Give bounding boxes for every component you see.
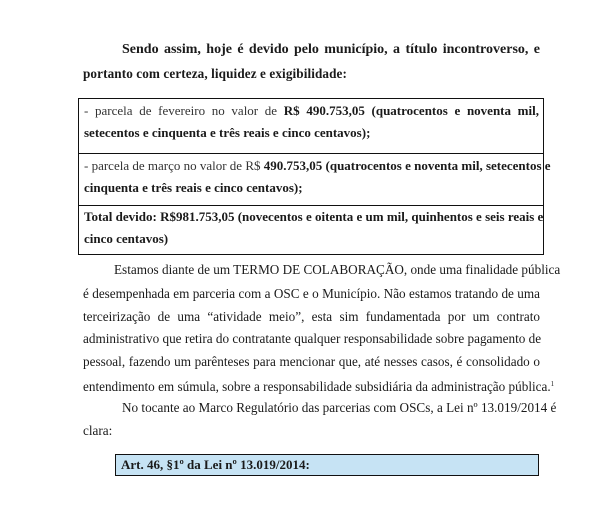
article-citation-label: Art. 46, §1º da Lei nº 13.019/2014:: [121, 457, 310, 473]
paragraph2-line: é desempenhada em parceria com a OSC e o…: [83, 286, 540, 302]
debt-row-amount: R$ 490.753,05 (quatrocentos e noventa mi…: [284, 103, 539, 118]
debt-row-february: - parcela de fevereiro no valor de R$ 49…: [79, 99, 543, 154]
article-citation-box: Art. 46, §1º da Lei nº 13.019/2014:: [115, 454, 539, 476]
debt-row-line-2: cinco centavos): [84, 231, 168, 247]
paragraph3-line-1: No tocante ao Marco Regulatório das parc…: [122, 400, 540, 416]
intro-line-2: portanto com certeza, liquidez e exigibi…: [83, 66, 347, 82]
debt-row-line: - parcela de março no valor de R$ 490.75…: [84, 158, 539, 174]
debt-row-amount: Total devido: R$981.753,05 (novecentos e…: [84, 209, 543, 224]
debt-row-line-2: cinquenta e três reais e cinco centavos)…: [84, 180, 303, 196]
paragraph2-line: administrativo que retira do contratante…: [83, 331, 540, 347]
intro-line-1: Sendo assim, hoje é devido pelo municípi…: [122, 42, 540, 58]
document-page: Sendo assim, hoje é devido pelo municípi…: [0, 0, 592, 512]
debt-row-march: - parcela de março no valor de R$ 490.75…: [79, 154, 543, 206]
paragraph2-line: pessoal, fazendo um parênteses para menc…: [83, 354, 540, 370]
debt-row-prefix: - parcela de março no valor de R$: [84, 158, 264, 173]
debt-row-total: Total devido: R$981.753,05 (novecentos e…: [79, 206, 543, 255]
paragraph3-line-2: clara:: [83, 423, 112, 439]
debt-row-prefix: - parcela de fevereiro no valor de: [84, 103, 284, 118]
paragraph2-last-line: entendimento em súmula, sobre a responsa…: [83, 376, 554, 395]
debt-row-line: Total devido: R$981.753,05 (novecentos e…: [84, 209, 539, 225]
debt-row-amount: 490.753,05 (quatrocentos e noventa mil, …: [264, 158, 551, 173]
debt-table: - parcela de fevereiro no valor de R$ 49…: [78, 98, 544, 255]
footnote-marker[interactable]: 1: [551, 380, 555, 388]
debt-row-line-2: setecentos e cinquenta e três reais e ci…: [84, 125, 370, 141]
paragraph2-line: entendimento em súmula, sobre a responsa…: [83, 379, 551, 394]
paragraph2-line: Estamos diante de um TERMO DE COLABORAÇÃ…: [114, 262, 540, 278]
paragraph2-line: terceirização de uma “atividade meio”, e…: [83, 309, 540, 325]
debt-row-line: - parcela de fevereiro no valor de R$ 49…: [84, 103, 539, 119]
